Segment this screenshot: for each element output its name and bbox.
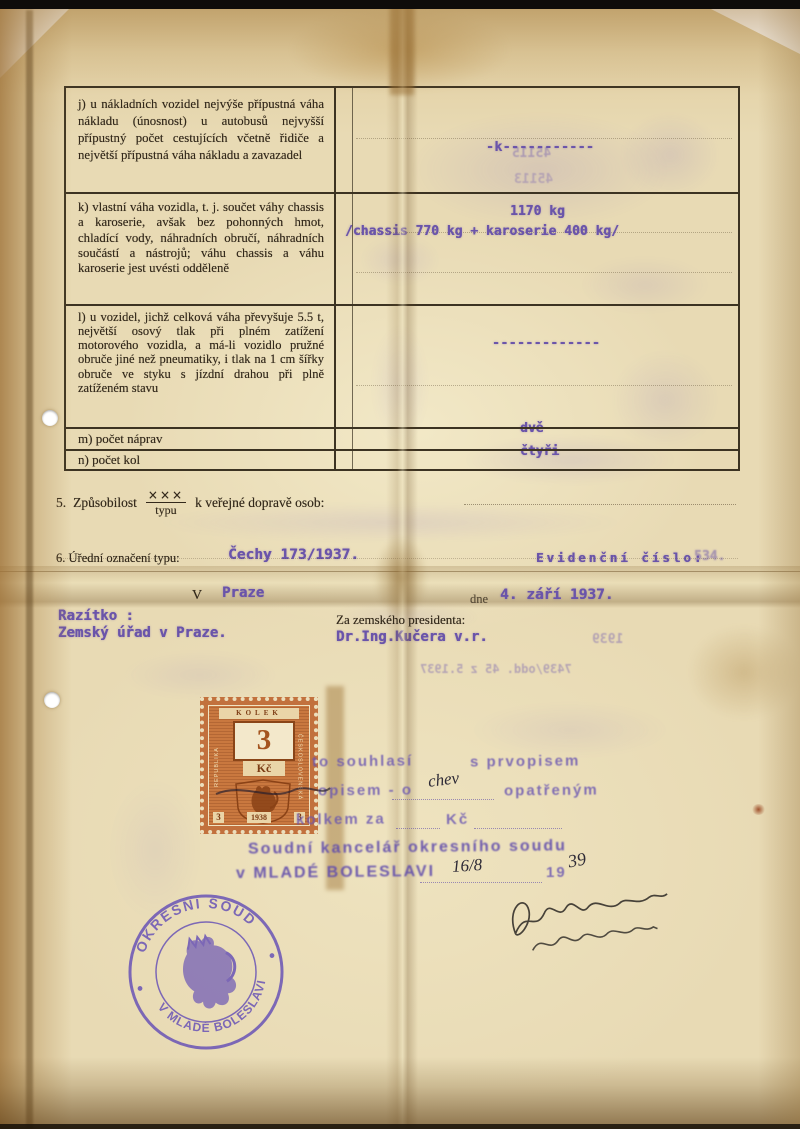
table-row-m-text: m) počet náprav [78, 431, 324, 447]
handwritten-date: 16/8 [451, 855, 483, 877]
punch-hole [44, 692, 60, 708]
edge-right [758, 0, 800, 1129]
cert-line2-right: opatřeným [504, 782, 599, 800]
cert-blank [474, 812, 562, 829]
kolek-year: 1938 [247, 812, 271, 823]
cert-line4: Soudní kancelář okresního soudu [248, 837, 567, 858]
cert-blank [396, 812, 440, 829]
row-border [66, 192, 738, 194]
fold-stain-top [390, 0, 414, 95]
cert-line3-right: Kč [446, 811, 469, 828]
crossed-out-xxx: ××× [146, 489, 186, 503]
section-5-blank-line [464, 488, 736, 505]
kolek-bottom-left: 3 [213, 812, 224, 823]
seal-lion-emblem [175, 930, 243, 1013]
row-border [66, 449, 738, 451]
row-text: u nákladních vozidel nejvýše přípustná v… [78, 97, 324, 162]
rust-spot [752, 804, 765, 815]
razitko-label: Razítko : [58, 608, 134, 624]
edge-left-shadow [26, 10, 33, 1129]
issuing-office: Zemský úřad v Praze. [58, 625, 227, 641]
for-president-label: Za zemského presidenta: [336, 612, 465, 628]
row-text: u vozidel, jichž celková váha převyšuje … [78, 310, 324, 395]
row-label: n) [78, 452, 89, 467]
row-border [66, 304, 738, 306]
section-5-rest: k veřejné dopravě osob: [195, 495, 324, 511]
bleedthrough-reference: 7439/odd. 45 z 5.1937 [420, 662, 572, 676]
cert-line1-left: to souhlasí [312, 752, 413, 770]
scan-border-top [0, 0, 800, 9]
kolek-value: 3 [233, 721, 295, 761]
typu-fraction: ××× typu [146, 489, 186, 516]
column-divider [334, 88, 336, 469]
kolek-header: KOLEK [219, 708, 299, 719]
row-label: j) [78, 97, 86, 111]
typu-label: typu [155, 503, 176, 516]
court-seal: OKRESNÍ SOUD V MLADÉ BOLESLAVI [104, 870, 308, 1074]
handwritten-year: 39 [566, 849, 587, 873]
signer-name: Dr.Ing.Kučera v.r. [336, 629, 488, 645]
scanner-background-corner [705, 6, 800, 54]
signature [502, 878, 687, 970]
table-row-k-text: k) vlastní váha vozidla, t. j. součet vá… [78, 200, 324, 277]
table-row-j-text: j) u nákladních vozidel nejvýše přípustn… [78, 96, 324, 165]
date-value: 4. září 1937. [500, 587, 614, 603]
row-border [66, 427, 738, 429]
scanner-background-corner [0, 6, 72, 78]
edge-bottom [0, 1057, 800, 1129]
row-label: m) [78, 431, 92, 446]
scan-border-bottom [0, 1124, 800, 1129]
row-text: počet náprav [96, 431, 163, 446]
cert-line3-left: kolkem za [296, 811, 386, 829]
row-text: počet kol [92, 452, 140, 467]
bleedthrough-year: 1939 [592, 632, 623, 647]
cert-line5-place: v MLADÉ BOLESLAVI [236, 863, 435, 883]
section-6-label: Úřední označení typu: [69, 551, 180, 565]
row-text: vlastní váha vozidla, t. j. součet váhy … [78, 200, 324, 275]
row-label: k) [78, 200, 89, 214]
corner-stain-bottom-left [0, 1049, 150, 1129]
section-5: 5. Způsobilost ××× typu k veřejné doprav… [56, 489, 324, 516]
section-6-number: 6. [56, 551, 65, 565]
cert-line1-right: s prvopisem [470, 752, 581, 770]
table-row-n-text: n) počet kol [78, 452, 324, 468]
section-5-label: Způsobilost [73, 495, 137, 511]
row-label: l) [78, 310, 86, 324]
v-label: V [192, 588, 202, 604]
stain-top-center [290, 8, 510, 92]
vehicle-specs-table: j) u nákladních vozidel nejvýše přípustn… [64, 86, 740, 471]
edge-top [0, 0, 800, 95]
column-divider-2 [352, 88, 353, 469]
place-value: Praze [222, 585, 264, 601]
stain-right [688, 625, 800, 720]
horizontal-fold-crease [0, 566, 800, 608]
table-row-l-text: l) u vozidel, jichž celková váha převyšu… [78, 310, 324, 395]
kolek-bottom-row: 3 1938 3 [213, 811, 305, 823]
handwritten-word: chev [427, 768, 460, 792]
section-5-number: 5. [56, 495, 66, 511]
section-6-label-group: 6. Úřední označení typu: [56, 551, 180, 566]
cert-line5-19: 19 [546, 864, 567, 881]
pen-scribble [214, 778, 334, 808]
kolek-currency: Kč [243, 761, 285, 776]
crease-line [0, 571, 800, 572]
punch-hole [42, 410, 58, 426]
scanned-document-page: 45115 45113 1939 7439/odd. 45 z 5.1937 j… [0, 0, 800, 1129]
court-seal-svg: OKRESNÍ SOUD V MLADÉ BOLESLAVI [104, 870, 308, 1074]
dne-label: dne [470, 592, 488, 607]
